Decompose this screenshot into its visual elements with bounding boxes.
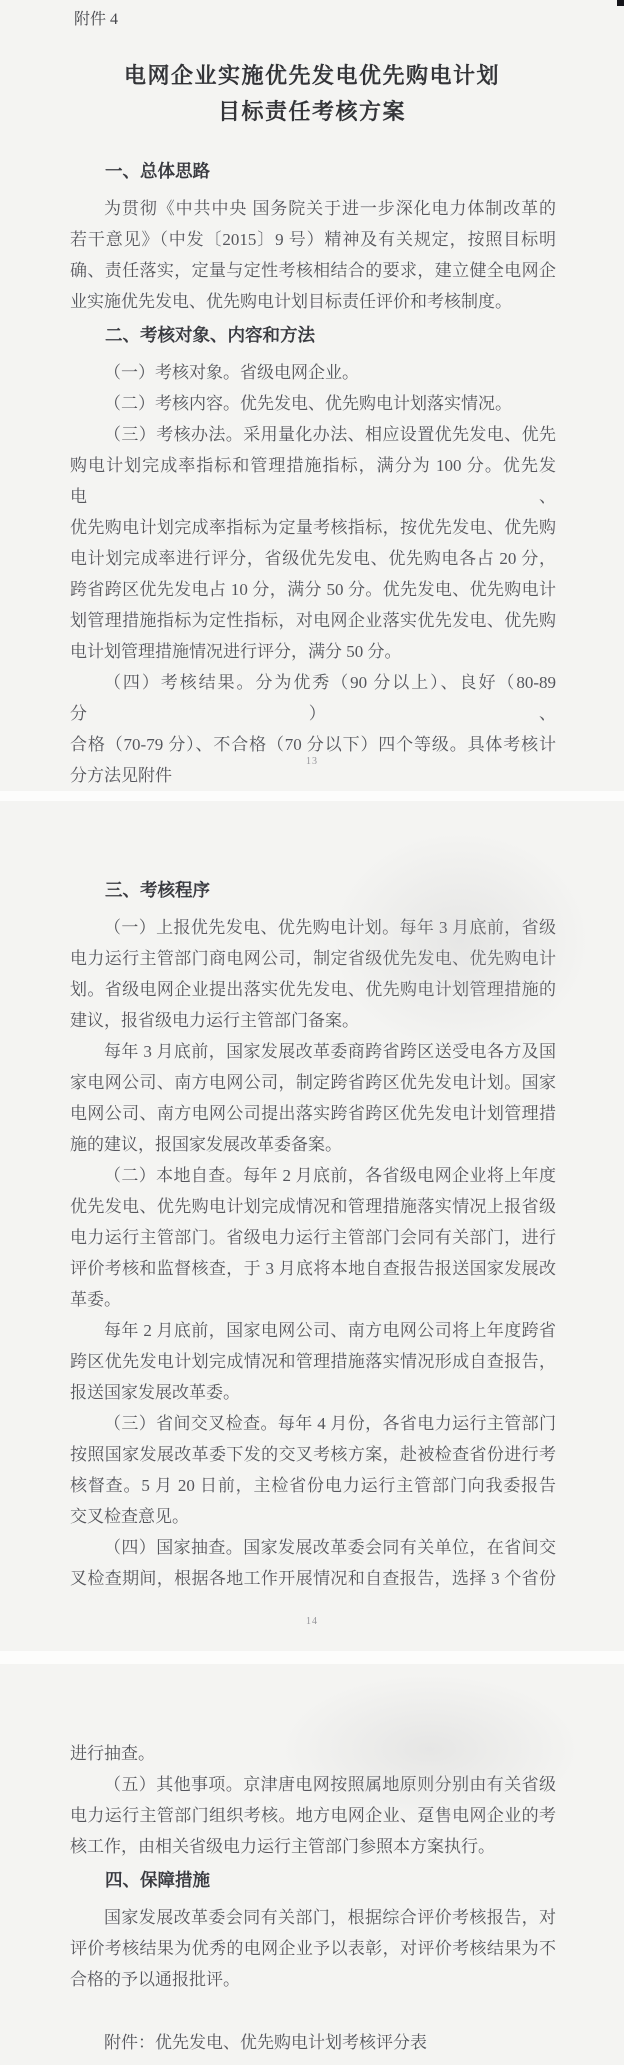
paragraph: （一）上报优先发电、优先购电计划。每年 3 月底前，省级电力运行主管部门商电网公…: [70, 912, 556, 1036]
text-line: 按照国家发展改革委下发的交叉考核方案，赴被检查省份进行考: [70, 1439, 556, 1470]
page-number: 13: [0, 756, 624, 767]
section-heading: 四、保障措施: [70, 1865, 556, 1896]
document-title: 电网企业实施优先发电优先购电计划目标责任考核方案: [0, 58, 624, 130]
document-page-3: 进行抽查。（五）其他事项。京津唐电网按照属地原则分别由有关省级电力运行主管部门组…: [0, 1664, 624, 2065]
text-line: 交叉检查意见。: [70, 1501, 556, 1532]
text-line: 确、责任落实，定量与定性考核相结合的要求，建立健全电网企: [70, 255, 556, 286]
text-line: （二）本地自查。每年 2 月底前，各省级电网企业将上年度: [70, 1160, 556, 1191]
text-line: 叉检查期间，根据各地工作开展情况和自查报告，选择 3 个省份: [70, 1563, 556, 1594]
attachment-note: 附件：优先发电、优先购电计划考核评分表: [70, 2027, 556, 2058]
section-heading: 一、总体思路: [70, 156, 556, 187]
paragraph: （三）省间交叉检查。每年 4 月份，各省电力运行主管部门按照国家发展改革委下发的…: [70, 1408, 556, 1532]
text-line: （四）考核结果。分为优秀（90 分以上）、良好（80-89 分）、: [70, 667, 556, 729]
paragraph: 每年 2 月底前，国家电网公司、南方电网公司将上年度跨省跨区优先发电计划完成情况…: [70, 1315, 556, 1408]
text-line: 跨区优先发电计划完成情况和管理措施落实情况形成自查报告，: [70, 1346, 556, 1377]
text-line: 家电网公司、南方电网公司，制定跨省跨区优先发电计划。国家: [70, 1067, 556, 1098]
text-line: 每年 2 月底前，国家电网公司、南方电网公司将上年度跨省: [70, 1315, 556, 1346]
text-line: （四）国家抽查。国家发展改革委会同有关单位，在省间交: [70, 1532, 556, 1563]
text-line: 购电计划完成率指标和管理措施指标，满分为 100 分。优先发电、: [70, 450, 556, 512]
paragraph: 进行抽查。: [70, 1738, 556, 1769]
document-page-2: 三、考核程序（一）上报优先发电、优先购电计划。每年 3 月底前，省级电力运行主管…: [0, 801, 624, 1651]
paragraph: （一）考核对象。省级电网企业。: [70, 357, 556, 388]
scanned-document-view: { "document": { "attachment_label": "附件 …: [0, 0, 624, 2065]
page-number: 14: [0, 1616, 624, 1627]
paragraph: （四）国家抽查。国家发展改革委会同有关单位，在省间交叉检查期间，根据各地工作开展…: [70, 1532, 556, 1594]
text-line: 核督查。5 月 20 日前，主检省份电力运行主管部门向我委报告: [70, 1470, 556, 1501]
text-line: 业实施优先发电、优先购电计划目标责任评价和考核制度。: [70, 286, 556, 317]
text-line: 报送国家发展改革委。: [70, 1377, 556, 1408]
text-line: （三）考核办法。采用量化办法、相应设置优先发电、优先: [70, 419, 556, 450]
paragraph: （二）本地自查。每年 2 月底前，各省级电网企业将上年度优先发电、优先购电计划完…: [70, 1160, 556, 1315]
text-line: 优先购电计划完成率指标为定量考核指标，按优先发电、优先购: [70, 512, 556, 543]
text-line: 核工作，由相关省级电力运行主管部门参照本方案执行。: [70, 1831, 556, 1862]
text-line: 评价考核结果为优秀的电网企业予以表彰，对评价考核结果为不: [70, 1933, 556, 1964]
text-line: 建议，报省级电力运行主管部门备案。: [70, 1005, 556, 1036]
text-line: 附件：优先发电、优先购电计划考核评分表: [70, 2027, 556, 2058]
text-line: （二）考核内容。优先发电、优先购电计划落实情况。: [70, 388, 556, 419]
text-line: （五）其他事项。京津唐电网按照属地原则分别由有关省级: [70, 1769, 556, 1800]
paragraph: 国家发展改革委会同有关部门，根据综合评价考核报告，对评价考核结果为优秀的电网企业…: [70, 1902, 556, 1995]
text-line: 电计划完成率进行评分，省级优先发电、优先购电各占 20 分，: [70, 543, 556, 574]
text-line: 跨省跨区优先发电占 10 分，满分 50 分。优先发电、优先购电计: [70, 574, 556, 605]
paragraph: 每年 3 月底前，国家发展改革委商跨省跨区送受电各方及国家电网公司、南方电网公司…: [70, 1036, 556, 1160]
text-line: 电计划管理措施情况进行评分，满分 50 分。: [70, 636, 556, 667]
section-heading: 三、考核程序: [70, 875, 556, 906]
document-title-line: 目标责任考核方案: [0, 94, 624, 130]
section-heading: 二、考核对象、内容和方法: [70, 320, 556, 351]
text-line: 优先发电、优先购电计划完成情况和管理措施落实情况上报省级: [70, 1191, 556, 1222]
paragraph: （四）考核结果。分为优秀（90 分以上）、良好（80-89 分）、合格（70-7…: [70, 667, 556, 791]
text-line: （一）考核对象。省级电网企业。: [70, 357, 556, 388]
text-line: 划。省级电网企业提出落实优先发电、优先购电计划管理措施的: [70, 974, 556, 1005]
text-line: 电力运行主管部门商电网公司，制定省级优先发电、优先购电计: [70, 943, 556, 974]
scan-artifact-mark: [617, 0, 624, 6]
paragraph: （三）考核办法。采用量化办法、相应设置优先发电、优先购电计划完成率指标和管理措施…: [70, 419, 556, 667]
document-page-1: 附件 4电网企业实施优先发电优先购电计划目标责任考核方案一、总体思路为贯彻《中共…: [0, 0, 624, 791]
text-line: 若干意见》（中发〔2015〕9 号）精神及有关规定，按照目标明: [70, 224, 556, 255]
text-line: 进行抽查。: [70, 1738, 556, 1769]
text-line: 施的建议，报国家发展改革委备案。: [70, 1129, 556, 1160]
document-title-line: 电网企业实施优先发电优先购电计划: [0, 58, 624, 94]
text-line: 评价考核和监督核查，于 3 月底将本地自查报告报送国家发展改: [70, 1253, 556, 1284]
attachment-label: 附件 4: [74, 8, 624, 32]
text-line: 划管理措施指标为定性指标，对电网企业落实优先发电、优先购: [70, 605, 556, 636]
text-line: 合格的予以通报批评。: [70, 1964, 556, 1995]
paragraph: 为贯彻《中共中央 国务院关于进一步深化电力体制改革的若干意见》（中发〔2015〕…: [70, 193, 556, 317]
text-line: （一）上报优先发电、优先购电计划。每年 3 月底前，省级: [70, 912, 556, 943]
paragraph: （二）考核内容。优先发电、优先购电计划落实情况。: [70, 388, 556, 419]
text-line: （三）省间交叉检查。每年 4 月份，各省电力运行主管部门: [70, 1408, 556, 1439]
text-line: 为贯彻《中共中央 国务院关于进一步深化电力体制改革的: [70, 193, 556, 224]
text-line: 革委。: [70, 1284, 556, 1315]
text-line: 电力运行主管部门。省级电力运行主管部门会同有关部门，进行: [70, 1222, 556, 1253]
text-line: 每年 3 月底前，国家发展改革委商跨省跨区送受电各方及国: [70, 1036, 556, 1067]
text-line: 电力运行主管部门组织考核。地方电网企业、趸售电网企业的考: [70, 1800, 556, 1831]
text-line: 电网公司、南方电网公司提出落实跨省跨区优先发电计划管理措: [70, 1098, 556, 1129]
paragraph: （五）其他事项。京津唐电网按照属地原则分别由有关省级电力运行主管部门组织考核。地…: [70, 1769, 556, 1862]
text-line: 国家发展改革委会同有关部门，根据综合评价考核报告，对: [70, 1902, 556, 1933]
